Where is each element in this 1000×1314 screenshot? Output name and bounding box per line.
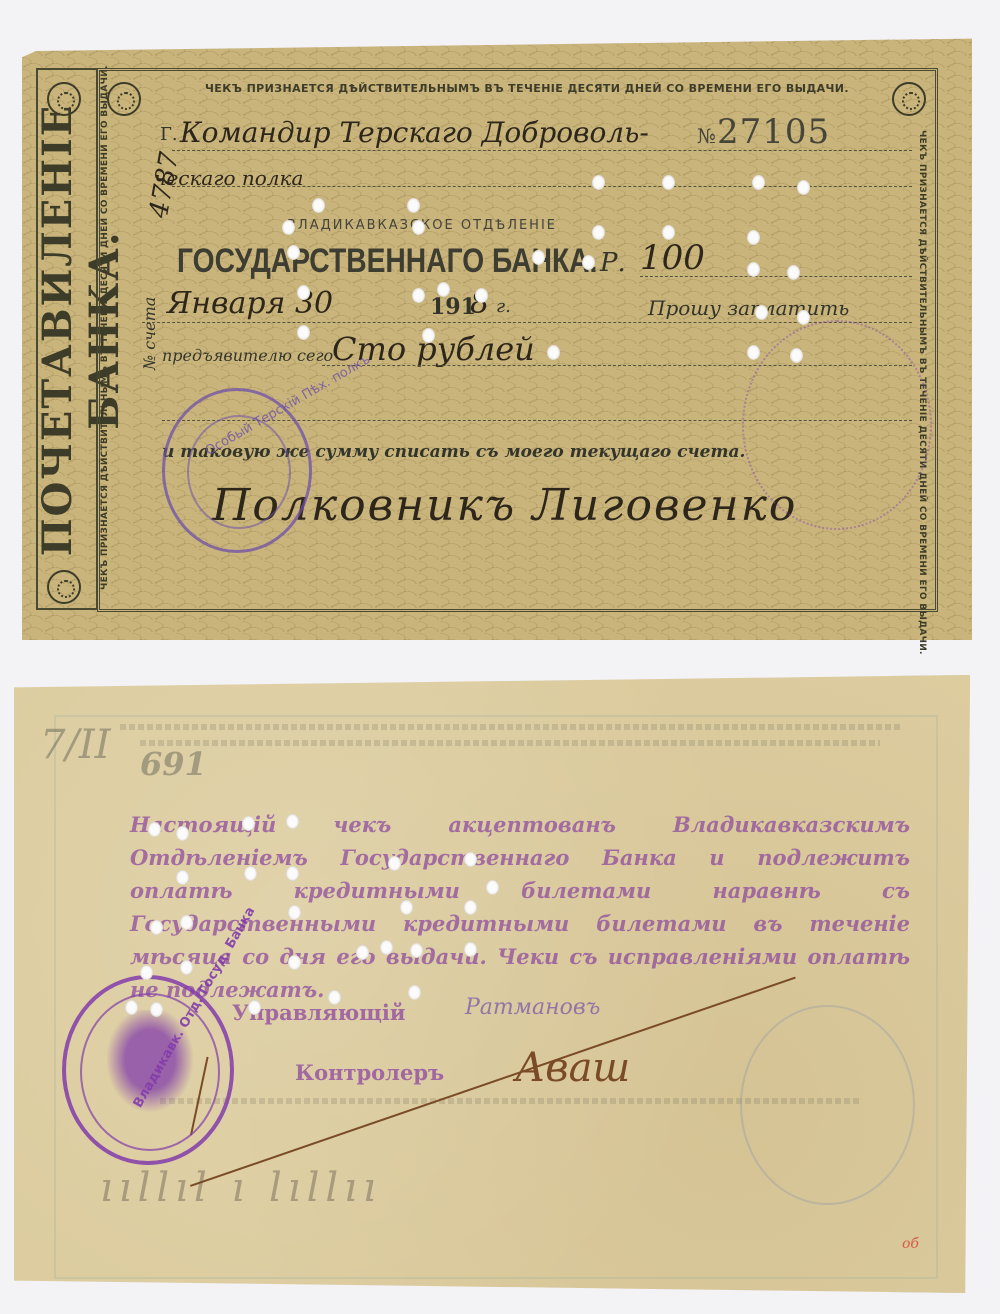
punch-hole: [388, 856, 401, 871]
punch-hole: [380, 940, 393, 955]
punch-hole: [408, 985, 421, 1000]
punch-hole: [150, 1002, 163, 1017]
punch-hole: [180, 960, 193, 975]
punch-hole: [286, 814, 299, 829]
punch-hole: [464, 900, 477, 915]
punch-hole: [288, 955, 301, 970]
punch-hole: [288, 905, 301, 920]
punch-hole: [148, 822, 161, 837]
punch-hole: [244, 866, 257, 881]
controller-label: Контролеръ: [295, 1060, 444, 1085]
punch-hole: [464, 852, 477, 867]
punch-hole: [176, 870, 189, 885]
punch-hole: [125, 1000, 138, 1015]
punch-hole: [286, 866, 299, 881]
bleed-through-text: [140, 740, 880, 746]
punch-hole: [410, 943, 423, 958]
punch-hole: [248, 1000, 261, 1015]
red-mark: об: [902, 1236, 919, 1252]
punch-hole: [356, 945, 369, 960]
punch-hole: [242, 816, 255, 831]
cheque-back-content: 7/II 691 Настоящій чекъ акцептованъ Влад…: [0, 0, 1000, 1314]
punch-hole: [140, 965, 153, 980]
manager-signature: Ратмановъ: [465, 995, 600, 1020]
punch-hole: [180, 915, 193, 930]
punch-hole: [400, 900, 413, 915]
punch-hole: [176, 826, 189, 841]
punch-hole: [150, 920, 163, 935]
faded-cancel-marks: ııllıl ı lıllıı: [100, 1165, 382, 1211]
punch-hole: [486, 880, 499, 895]
pencil-note: 7/II: [40, 722, 111, 768]
punch-hole: [328, 990, 341, 1005]
punch-hole: [464, 942, 477, 957]
bleed-through-text: [120, 724, 900, 730]
faded-round-stamp: [740, 1005, 915, 1205]
faded-number: 691: [140, 745, 207, 783]
